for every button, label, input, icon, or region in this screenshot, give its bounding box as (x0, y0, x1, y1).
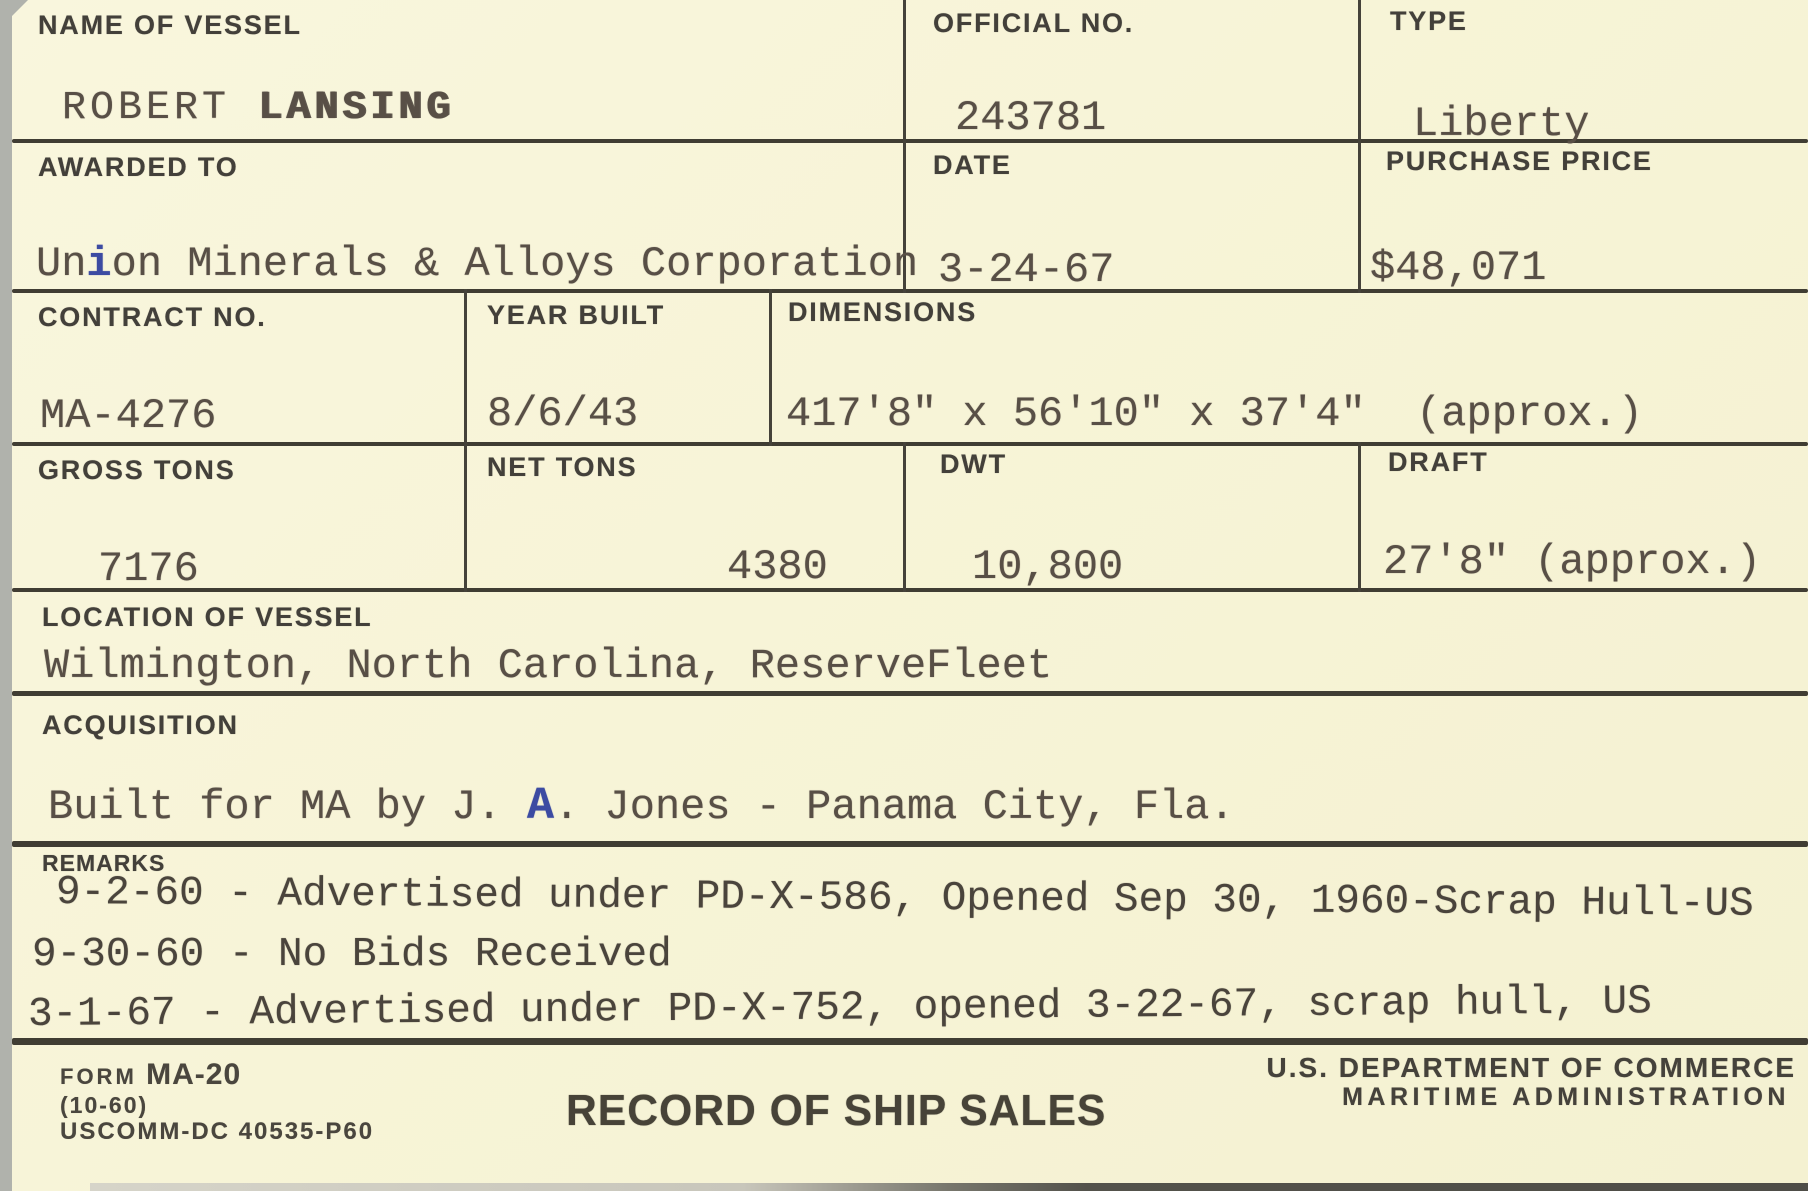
department-of-commerce-line: U.S. DEPARTMENT OF COMMERCE (1240, 1052, 1796, 1084)
divider-row4-col3 (1358, 442, 1361, 592)
acquisition-label: ACQUISITION (42, 710, 239, 741)
dimensions-label: DIMENSIONS (788, 297, 977, 328)
purchase-price-value: $48,071 (1370, 244, 1546, 292)
maritime-administration-line: MARITIME ADMINISTRATION (1240, 1083, 1790, 1112)
divider-rows12-col2 (1358, 0, 1361, 293)
type-label: TYPE (1390, 6, 1468, 37)
rule-below-acquisition (12, 841, 1808, 847)
acquisition-value: Built for MA by J. A. Jones - Panama Cit… (48, 780, 1235, 832)
net-tons-value: 4380 (727, 543, 828, 591)
acquisition-handwritten-letter: A (527, 780, 554, 832)
awarded-to-label: AWARDED TO (38, 152, 239, 183)
date-value: 3-24-67 (938, 246, 1114, 294)
vessel-name-overstruck: LANSING (258, 86, 454, 131)
form-revision: (10-60) (60, 1092, 148, 1119)
scanned-record-card: NAME OF VESSEL ROBERT LANSING OFFICIAL N… (0, 0, 1808, 1191)
awarded-to-value: Union Minerals & Alloys Corporation (36, 240, 918, 288)
official-no-value: 243781 (955, 94, 1106, 142)
awarded-to-post: on Minerals & Alloys Corporation (112, 240, 919, 288)
awarded-to-ink-mark: i (86, 240, 111, 288)
rule-below-row3 (12, 442, 1808, 446)
divider-row4-col2 (903, 442, 906, 592)
record-of-ship-sales-title: RECORD OF SHIP SALES (566, 1086, 1106, 1136)
dwt-value: 10,800 (972, 543, 1123, 591)
acquisition-post: . Jones - Panama City, Fla. (554, 783, 1235, 831)
divider-rows34-col1 (464, 289, 467, 592)
uscomm-print-code: USCOMM-DC 40535-P60 (60, 1118, 374, 1146)
year-built-label: YEAR BUILT (487, 300, 665, 331)
name-of-vessel-label: NAME OF VESSEL (38, 10, 302, 41)
name-of-vessel-value: ROBERT LANSING (62, 86, 454, 131)
rule-below-row4 (12, 588, 1808, 592)
rule-below-remarks (12, 1038, 1808, 1045)
dimensions-value: 417'8" x 56'10" x 37'4" (approx.) (786, 390, 1643, 438)
year-built-value: 8/6/43 (487, 390, 638, 438)
vessel-name-first: ROBERT (62, 86, 258, 131)
net-tons-label: NET TONS (487, 452, 637, 483)
location-of-vessel-label: LOCATION OF VESSEL (42, 602, 372, 633)
contract-no-value: MA-4276 (40, 392, 216, 440)
form-number-text: MA-20 (146, 1058, 241, 1091)
form-number: MA-20 (137, 1058, 241, 1091)
draft-label: DRAFT (1388, 447, 1488, 478)
official-no-label: OFFICIAL NO. (933, 8, 1134, 39)
gross-tons-label: GROSS TONS (38, 455, 236, 486)
purchase-price-label: PURCHASE PRICE (1386, 146, 1653, 177)
divider-row3-col2 (769, 289, 772, 446)
date-label: DATE (933, 150, 1012, 181)
draft-value: 27'8" (approx.) (1383, 538, 1761, 586)
location-of-vessel-value: Wilmington, North Carolina, ReserveFleet (44, 642, 1052, 690)
card-corner-notch (12, 0, 28, 16)
rule-below-location (12, 691, 1808, 696)
dwt-label: DWT (940, 449, 1007, 480)
form-number-line: FORM MA-20 (60, 1058, 241, 1092)
gross-tons-value: 7176 (98, 545, 199, 593)
type-value: Liberty (1413, 100, 1589, 148)
awarded-to-pre: Un (36, 240, 86, 288)
contract-no-label: CONTRACT NO. (38, 302, 267, 333)
acquisition-pre: Built for MA by J. (48, 783, 527, 831)
scan-bottom-edge (90, 1183, 1808, 1191)
form-word: FORM (60, 1064, 137, 1089)
remark-line-2: 9-30-60 - No Bids Received (32, 932, 672, 978)
